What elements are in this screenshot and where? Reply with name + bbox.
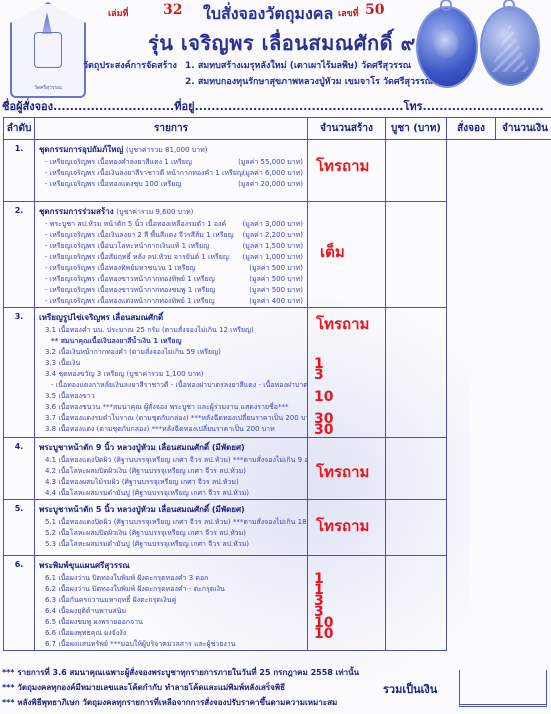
col-header-no: ลำดับ <box>4 118 35 140</box>
group-title: พระพิมพ์ขุนแผนศรีสุวรรณ <box>35 556 307 573</box>
medal-front-image <box>416 6 478 88</box>
item-line: - เหรียญเจริญพร เนื้อทองขาวหน้ากากทองชมพ… <box>35 285 307 296</box>
group-title-text: ชุดกรรมการร่วมสร้าง <box>39 207 114 216</box>
item-line: - เหรียญเจริญพร เนื้อทองแดงชุบ 100 เหรีย… <box>35 179 307 190</box>
purpose-label: วัตถุประสงค์การจัดสร้าง <box>83 58 177 72</box>
item-text: 3.6 เนื้อทองชนวน ***สมนาคุณ ผู้สั่งจอง พ… <box>45 403 289 411</box>
item-line: 3.2 เนื้อเงินหน้ากากทองคำ (ตามสั่งจองไม่… <box>35 347 307 358</box>
purpose-2: 2. สมทบกองทุนรักษาสุขภาพหลวงปู่หัวม เขมจ… <box>185 74 433 88</box>
item-line: 3.6 เนื้อทองชนวน ***สมนาคุณ ผู้สั่งจอง พ… <box>35 402 307 413</box>
item-value: (มูลค่า 500 บาท) <box>249 263 303 274</box>
table-row: 1.ชุดกรรมการอุปถัมภ์ใหญ่ (บูชาค่ารวม 81,… <box>4 140 551 202</box>
item-line: 6.1 เนื้อผงว่าน ปิดทองใบพิมพ์ ฝังตะกรุดท… <box>35 573 307 584</box>
item-line: 5.3 เนื้อโลหะผสมรมดำมันปู (ศิฐานบรรจุเหร… <box>35 539 307 550</box>
handwritten-order-qty: 10 <box>314 628 333 640</box>
item-text: 6.7 เนื้อผงแสนทรัพย์ ***มอบให้ผู้บริจาคม… <box>45 640 236 648</box>
row-amount[interactable] <box>386 556 447 651</box>
col-header-order: สั่งจอง <box>447 118 496 140</box>
number-value: 50 <box>365 2 384 18</box>
handwritten-note: โทรถาม <box>316 312 369 336</box>
row-items: พระบูชาหน้าตัก 9 นิ้ว หลวงปู่หัวม เลื่อน… <box>35 438 308 500</box>
item-text: 3.4 ชุดทองขวัญ 3 เหรียญ (บูชาค่ารวม 1,10… <box>45 370 204 378</box>
item-text: 6.2 เนื้อผงว่าน ปิดทองใบพิมพ์ ฝังตะกรุดท… <box>45 585 225 593</box>
item-line: - เหรียญเจริญพร เนื้อทองคำลงยาสีแดง 1 เห… <box>35 157 307 168</box>
item-line: - เหรียญเจริญพร เนื้อเงินลงยาสีราชาวดี ห… <box>35 168 307 179</box>
item-line: - พระบูชา ลป.หัวม หน้าตัก 5 นิ้ว เนื้อทอ… <box>35 219 307 230</box>
item-line: 3.1 เนื้อทองคำ นน. ประมาณ 25 กรัม (ตามสั… <box>35 325 307 336</box>
item-line: 6.3 เนื้อกันครกวานมหาฤทธิ์ ฝังตะกรุดเงิน… <box>35 595 307 606</box>
table-row: 5.พระบูชาหน้าตัก 5 นิ้ว หลวงปู่หัวม เลื่… <box>4 500 551 556</box>
group-title-text: เหรียญรูปไข่เจริญพร เลื่อนสมณศักดิ์ <box>39 313 163 322</box>
book-number: 32 <box>163 2 182 18</box>
table-row: 6.พระพิมพ์ขุนแผนศรีสุวรรณ 6.1 เนื้อผงว่า… <box>4 556 551 651</box>
item-line: 3.8 เนื้อทองแดง (ตามชุดกับกล่อง) ***หลัง… <box>35 424 307 435</box>
item-value: (มูลค่า 1,000 บาท) <box>243 252 303 263</box>
item-text: - เหรียญเจริญพร เนื้อทองขาวหน้ากากทองทิพ… <box>45 275 215 283</box>
item-text: 3.5 เนื้อทองขาว <box>45 392 95 400</box>
handwritten-order-qty: 3 <box>314 369 324 381</box>
footnotes: *** รายการที่ 3.6 สมนาคุณเฉพาะผู้สั่งจอง… <box>2 665 359 710</box>
item-line: 3.7 เนื้อทองแดงรมดำโบราณ (ตามชุดกับกล่อง… <box>35 413 307 424</box>
item-text: 6.3 เนื้อกันครกวานมหาฤทธิ์ ฝังตะกรุดเงิน… <box>45 596 176 604</box>
item-text: ** สมนาคุณเนื้อเงินลงยาสีน้ำเงิน 1 เหรีย… <box>51 337 181 345</box>
handwritten-order-qty: 30 <box>314 424 333 436</box>
logo-caption: วัดศรีสุวรรณ <box>18 84 78 92</box>
item-line: - เหรียญเจริญพร เนื้อเงินลงยา 2 สี พื้นส… <box>35 230 307 241</box>
item-value: (มูลค่า 2,200 บาท) <box>243 230 303 241</box>
item-text: 3.2 เนื้อเงินหน้ากากทองคำ (ตามสั่งจองไม่… <box>45 348 221 356</box>
col-header-item: รายการ <box>35 118 308 140</box>
item-line: 5.2 เนื้อโลหะผสมปิดผิวเงิน (ศิฐานบรรจุเห… <box>35 528 307 539</box>
item-line: - เหรียญเจริญพร เนื้อทองทิพย์มหาชนวน 1 เ… <box>35 263 307 274</box>
handwritten-order-qty: 10 <box>314 391 333 403</box>
item-text: 4.3 เนื้อทองผสมไม้รมผิว (ศิฐานบรรจุเหรีย… <box>45 478 239 486</box>
item-value: (มูลค่า 6,000 บาท) <box>243 168 303 179</box>
group-title-note: (บูชาค่ารวม 81,000 บาท) <box>126 146 207 154</box>
item-line: ** สมนาคุณเนื้อเงินลงยาสีน้ำเงิน 1 เหรีย… <box>35 336 307 347</box>
row-amount[interactable] <box>386 438 447 500</box>
medal-loop-icon <box>503 0 515 11</box>
handwritten-note: โทรถาม <box>316 514 369 538</box>
row-order[interactable]: 13103030โทรถาม <box>308 308 386 438</box>
row-order[interactable]: เต็ม <box>308 202 386 308</box>
medal-back-image <box>480 6 540 86</box>
handwritten-note: โทรถาม <box>316 154 369 178</box>
number-label: เลขที่ <box>338 6 359 20</box>
footnote: *** หลังพิธีพุทธาภิเษก วัตถุมงคลทุกรายกา… <box>2 695 359 710</box>
item-text: 5.3 เนื้อโลหะผสมรมดำมันปู (ศิฐานบรรจุเหร… <box>45 540 249 548</box>
item-text: 6.5 เนื้อผงชมพู ผงพรายออกจาน <box>45 618 143 626</box>
row-number: 5. <box>4 500 35 556</box>
item-text: - เหรียญเจริญพร เนื้อนวโลหะหน้ากากเงินแท… <box>45 242 209 250</box>
item-line: 4.1 เนื้อทองแดงปิดผิว (ศิฐานบรรจุเหรียญ … <box>35 455 307 466</box>
item-text: - เหรียญเจริญพร เนื้อทองคำลงยาสีแดง 1 เห… <box>45 158 192 166</box>
item-text: - เนื้อทองแดงกาหลั่ยเงินลงยาสีราชาวดี - … <box>51 381 307 389</box>
item-line: - เหรียญเจริญพร เนื้อทองแดงหน้ากากทองทิพ… <box>35 296 307 307</box>
group-title-text: พระพิมพ์ขุนแผนศรีสุวรรณ <box>39 561 130 570</box>
book-label: เล่มที่ <box>108 6 128 20</box>
group-title: ชุดกรรมการอุปถัมภ์ใหญ่ (บูชาค่ารวม 81,00… <box>35 140 307 157</box>
item-text: 4.4 เนื้อโลหะผสมรมดำมันปู (ศิฐานบรรจุเหร… <box>45 489 249 497</box>
row-items: พระพิมพ์ขุนแผนศรีสุวรรณ 6.1 เนื้อผงว่าน … <box>35 556 308 651</box>
col-header-amount: จำนวนเงิน <box>496 118 551 140</box>
item-line: 3.4 ชุดทองขวัญ 3 เหรียญ (บูชาค่ารวม 1,10… <box>35 369 307 380</box>
row-number: 2. <box>4 202 35 308</box>
item-line: 4.3 เนื้อทองผสมไม้รมผิว (ศิฐานบรรจุเหรีย… <box>35 477 307 488</box>
row-order[interactable]: โทรถาม <box>308 438 386 500</box>
group-title-note: (บูชาค่ารวม 9,600 บาท) <box>116 208 193 216</box>
item-line: 6.6 เนื้อผงพุทธคุณ ผงจังงัง <box>35 628 307 639</box>
group-title: พระบูชาหน้าตัก 5 นิ้ว หลวงปู่หัวม เลื่อน… <box>35 500 307 517</box>
monk-portrait-icon <box>434 28 458 58</box>
row-items: พระบูชาหน้าตัก 5 นิ้ว หลวงปู่หัวม เลื่อน… <box>35 500 308 556</box>
row-items: ชุดกรรมการอุปถัมภ์ใหญ่ (บูชาค่ารวม 81,00… <box>35 140 308 202</box>
item-value: (มูลค่า 3,000 บาท) <box>243 219 303 230</box>
item-text: - เหรียญเจริญพร เนื้อทองแดงชุบ 100 เหรีย… <box>45 180 181 188</box>
item-text: 3.7 เนื้อทองแดงรมดำโบราณ (ตามชุดกับกล่อง… <box>45 414 307 422</box>
item-text: - เหรียญเจริญพร เนื้อสัมฤทธิ์ หลัง ลป.หั… <box>45 253 229 261</box>
series-title: รุ่น เจริญพร เลื่อนสมณศักดิ์ ๙๓ <box>148 27 430 59</box>
row-number: 1. <box>4 140 35 202</box>
footnote: *** รายการที่ 3.6 สมนาคุณเฉพาะผู้สั่งจอง… <box>2 665 359 680</box>
row-number: 4. <box>4 438 35 500</box>
item-value: (มูลค่า 1,500 บาท) <box>243 241 303 252</box>
item-text: - เหรียญเจริญพร เนื้อทองขาวหน้ากากทองชมพ… <box>45 286 215 294</box>
item-line: 6.4 เนื้อผงยุติด้านพานสนิม <box>35 606 307 617</box>
item-line: 6.7 เนื้อผงแสนทรัพย์ ***มอบให้ผู้บริจาคม… <box>35 639 307 650</box>
item-line: 3.3 เนื้อเงิน <box>35 358 307 369</box>
table-row: 4.พระบูชาหน้าตัก 9 นิ้ว หลวงปู่หัวม เลื่… <box>4 438 551 500</box>
item-text: 6.4 เนื้อผงยุติด้านพานสนิม <box>45 607 126 615</box>
item-line: - เหรียญเจริญพร เนื้อนวโลหะหน้ากากเงินแท… <box>35 241 307 252</box>
item-text: 3.3 เนื้อเงิน <box>45 359 80 367</box>
item-text: 3.1 เนื้อทองคำ นน. ประมาณ 25 กรัม (ตามสั… <box>45 326 254 334</box>
item-line: 4.2 เนื้อโลหะผสมปิดผิวเงิน (ศิฐานบรรจุเห… <box>35 466 307 477</box>
purpose-1: 1. สมทบสร้างเมรุหลังใหม่ (เตาเผาไร้มลพิษ… <box>185 58 411 72</box>
item-text: 6.6 เนื้อผงพุทธคุณ ผงจังงัง <box>45 629 126 637</box>
item-line: - เหรียญเจริญพร เนื้อทองขาวหน้ากากทองทิพ… <box>35 274 307 285</box>
group-title-text: พระบูชาหน้าตัก 9 นิ้ว หลวงปู่หัวม เลื่อน… <box>39 443 245 452</box>
table-row: 3.เหรียญรูปไข่เจริญพร เลื่อนสมณศักดิ์ 3.… <box>4 308 551 438</box>
row-number: 3. <box>4 308 35 438</box>
form-title: ใบสั่งจองวัตถุมงคล <box>203 2 333 27</box>
item-text: 4.1 เนื้อทองแดงปิดผิว (ศิฐานบรรจุเหรียญ … <box>45 456 307 464</box>
row-items: ชุดกรรมการร่วมสร้าง (บูชาค่ารวม 9,600 บา… <box>35 202 308 308</box>
group-title-text: ชุดกรรมการอุปถัมภ์ใหญ่ <box>39 145 123 154</box>
temple-spire-icon <box>42 12 52 34</box>
item-text: - เหรียญเจริญพร เนื้อเงินลงยาสีราชาวดี ห… <box>45 169 243 177</box>
item-line: 4.4 เนื้อโลหะผสมรมดำมันปู (ศิฐานบรรจุเหร… <box>35 488 307 499</box>
row-amount[interactable] <box>386 500 447 556</box>
item-text: - พระบูชา ลป.หัวม หน้าตัก 5 นิ้ว เนื้อทอ… <box>45 220 226 228</box>
group-title: ชุดกรรมการร่วมสร้าง (บูชาค่ารวม 9,600 บา… <box>35 202 307 219</box>
item-value: (มูลค่า 20,000 บาท) <box>238 179 303 190</box>
temple-emblem-icon <box>34 32 62 68</box>
item-text: 3.8 เนื้อทองแดง (ตามชุดกับกล่อง) ***หลัง… <box>45 425 275 433</box>
group-title: พระบูชาหน้าตัก 9 นิ้ว หลวงปู่หัวม เลื่อน… <box>35 438 307 455</box>
group-title-text: พระบูชาหน้าตัก 5 นิ้ว หลวงปู่หัวม เลื่อน… <box>39 505 245 514</box>
handwritten-note: เต็ม <box>320 240 345 264</box>
col-header-price: บูชา (บาท) <box>386 118 447 140</box>
total-amount-field[interactable] <box>459 670 547 707</box>
table-row: 2.ชุดกรรมการร่วมสร้าง (บูชาค่ารวม 9,600 … <box>4 202 551 308</box>
item-text: 6.1 เนื้อผงว่าน ปิดทองใบพิมพ์ ฝังตะกรุดท… <box>45 574 208 582</box>
col-header-quantity: จำนวนสร้าง <box>308 118 386 140</box>
row-amount[interactable] <box>386 140 447 202</box>
yantra-pattern-icon <box>490 24 530 72</box>
row-items: เหรียญรูปไข่เจริญพร เลื่อนสมณศักดิ์ 3.1 … <box>35 308 308 438</box>
orderer-info-line[interactable]: ชื่อผู้สั่งจอง..........................… <box>2 97 550 115</box>
item-value: (มูลค่า 500 บาท) <box>249 285 303 296</box>
item-text: 5.1 เนื้อทองแดงปิดผิว (ศิฐานบรรจุเหรียญ … <box>45 518 307 526</box>
item-line: 6.5 เนื้อผงชมพู ผงพรายออกจาน <box>35 617 307 628</box>
item-text: - เหรียญเจริญพร เนื้อทองแดงหน้ากากทองทิพ… <box>45 297 215 305</box>
item-text: 5.2 เนื้อโลหะผสมปิดผิวเงิน (ศิฐานบรรจุเห… <box>45 529 246 537</box>
row-order[interactable]: โทรถาม <box>308 500 386 556</box>
handwritten-note: โทรถาม <box>316 460 369 484</box>
item-line: - เหรียญเจริญพร เนื้อสัมฤทธิ์ หลัง ลป.หั… <box>35 252 307 263</box>
total-label: รวมเป็นเงิน <box>383 680 437 698</box>
item-text: - เหรียญเจริญพร เนื้อทองทิพย์มหาชนวน 1 เ… <box>45 264 196 272</box>
temple-logo: วัดศรีสุวรรณ <box>10 2 86 98</box>
row-order[interactable]: โทรถาม <box>308 140 386 202</box>
item-line: 3.5 เนื้อทองขาว <box>35 391 307 402</box>
item-line: 6.2 เนื้อผงว่าน ปิดทองใบพิมพ์ ฝังตะกรุดท… <box>35 584 307 595</box>
footnote: *** วัตถุมงคลทุกองค์มีหมายเลขและโค้ดกำกั… <box>2 680 359 695</box>
item-text: 4.2 เนื้อโลหะผสมปิดผิวเงิน (ศิฐานบรรจุเห… <box>45 467 246 475</box>
row-order[interactable]: 11331010 <box>308 556 386 651</box>
row-number: 6. <box>4 556 35 651</box>
row-amount[interactable] <box>386 202 447 308</box>
item-line: 5.1 เนื้อทองแดงปิดผิว (ศิฐานบรรจุเหรียญ … <box>35 517 307 528</box>
item-text: - เหรียญเจริญพร เนื้อเงินลงยา 2 สี พื้นส… <box>45 231 234 239</box>
table-header-row: ลำดับ รายการ จำนวนสร้าง บูชา (บาท) สั่งจ… <box>4 118 551 140</box>
order-table: ลำดับ รายการ จำนวนสร้าง บูชา (บาท) สั่งจ… <box>3 117 551 651</box>
item-line: - เนื้อทองแดงกาหลั่ยเงินลงยาสีราชาวดี - … <box>35 380 307 391</box>
item-value: (มูลค่า 400 บาท) <box>249 296 303 307</box>
row-amount[interactable] <box>386 308 447 438</box>
medal-loop-icon <box>440 0 452 11</box>
item-value: (มูลค่า 500 บาท) <box>249 274 303 285</box>
group-title: เหรียญรูปไข่เจริญพร เลื่อนสมณศักดิ์ <box>35 308 307 325</box>
item-value: (มูลค่า 55,000 บาท) <box>238 157 303 168</box>
